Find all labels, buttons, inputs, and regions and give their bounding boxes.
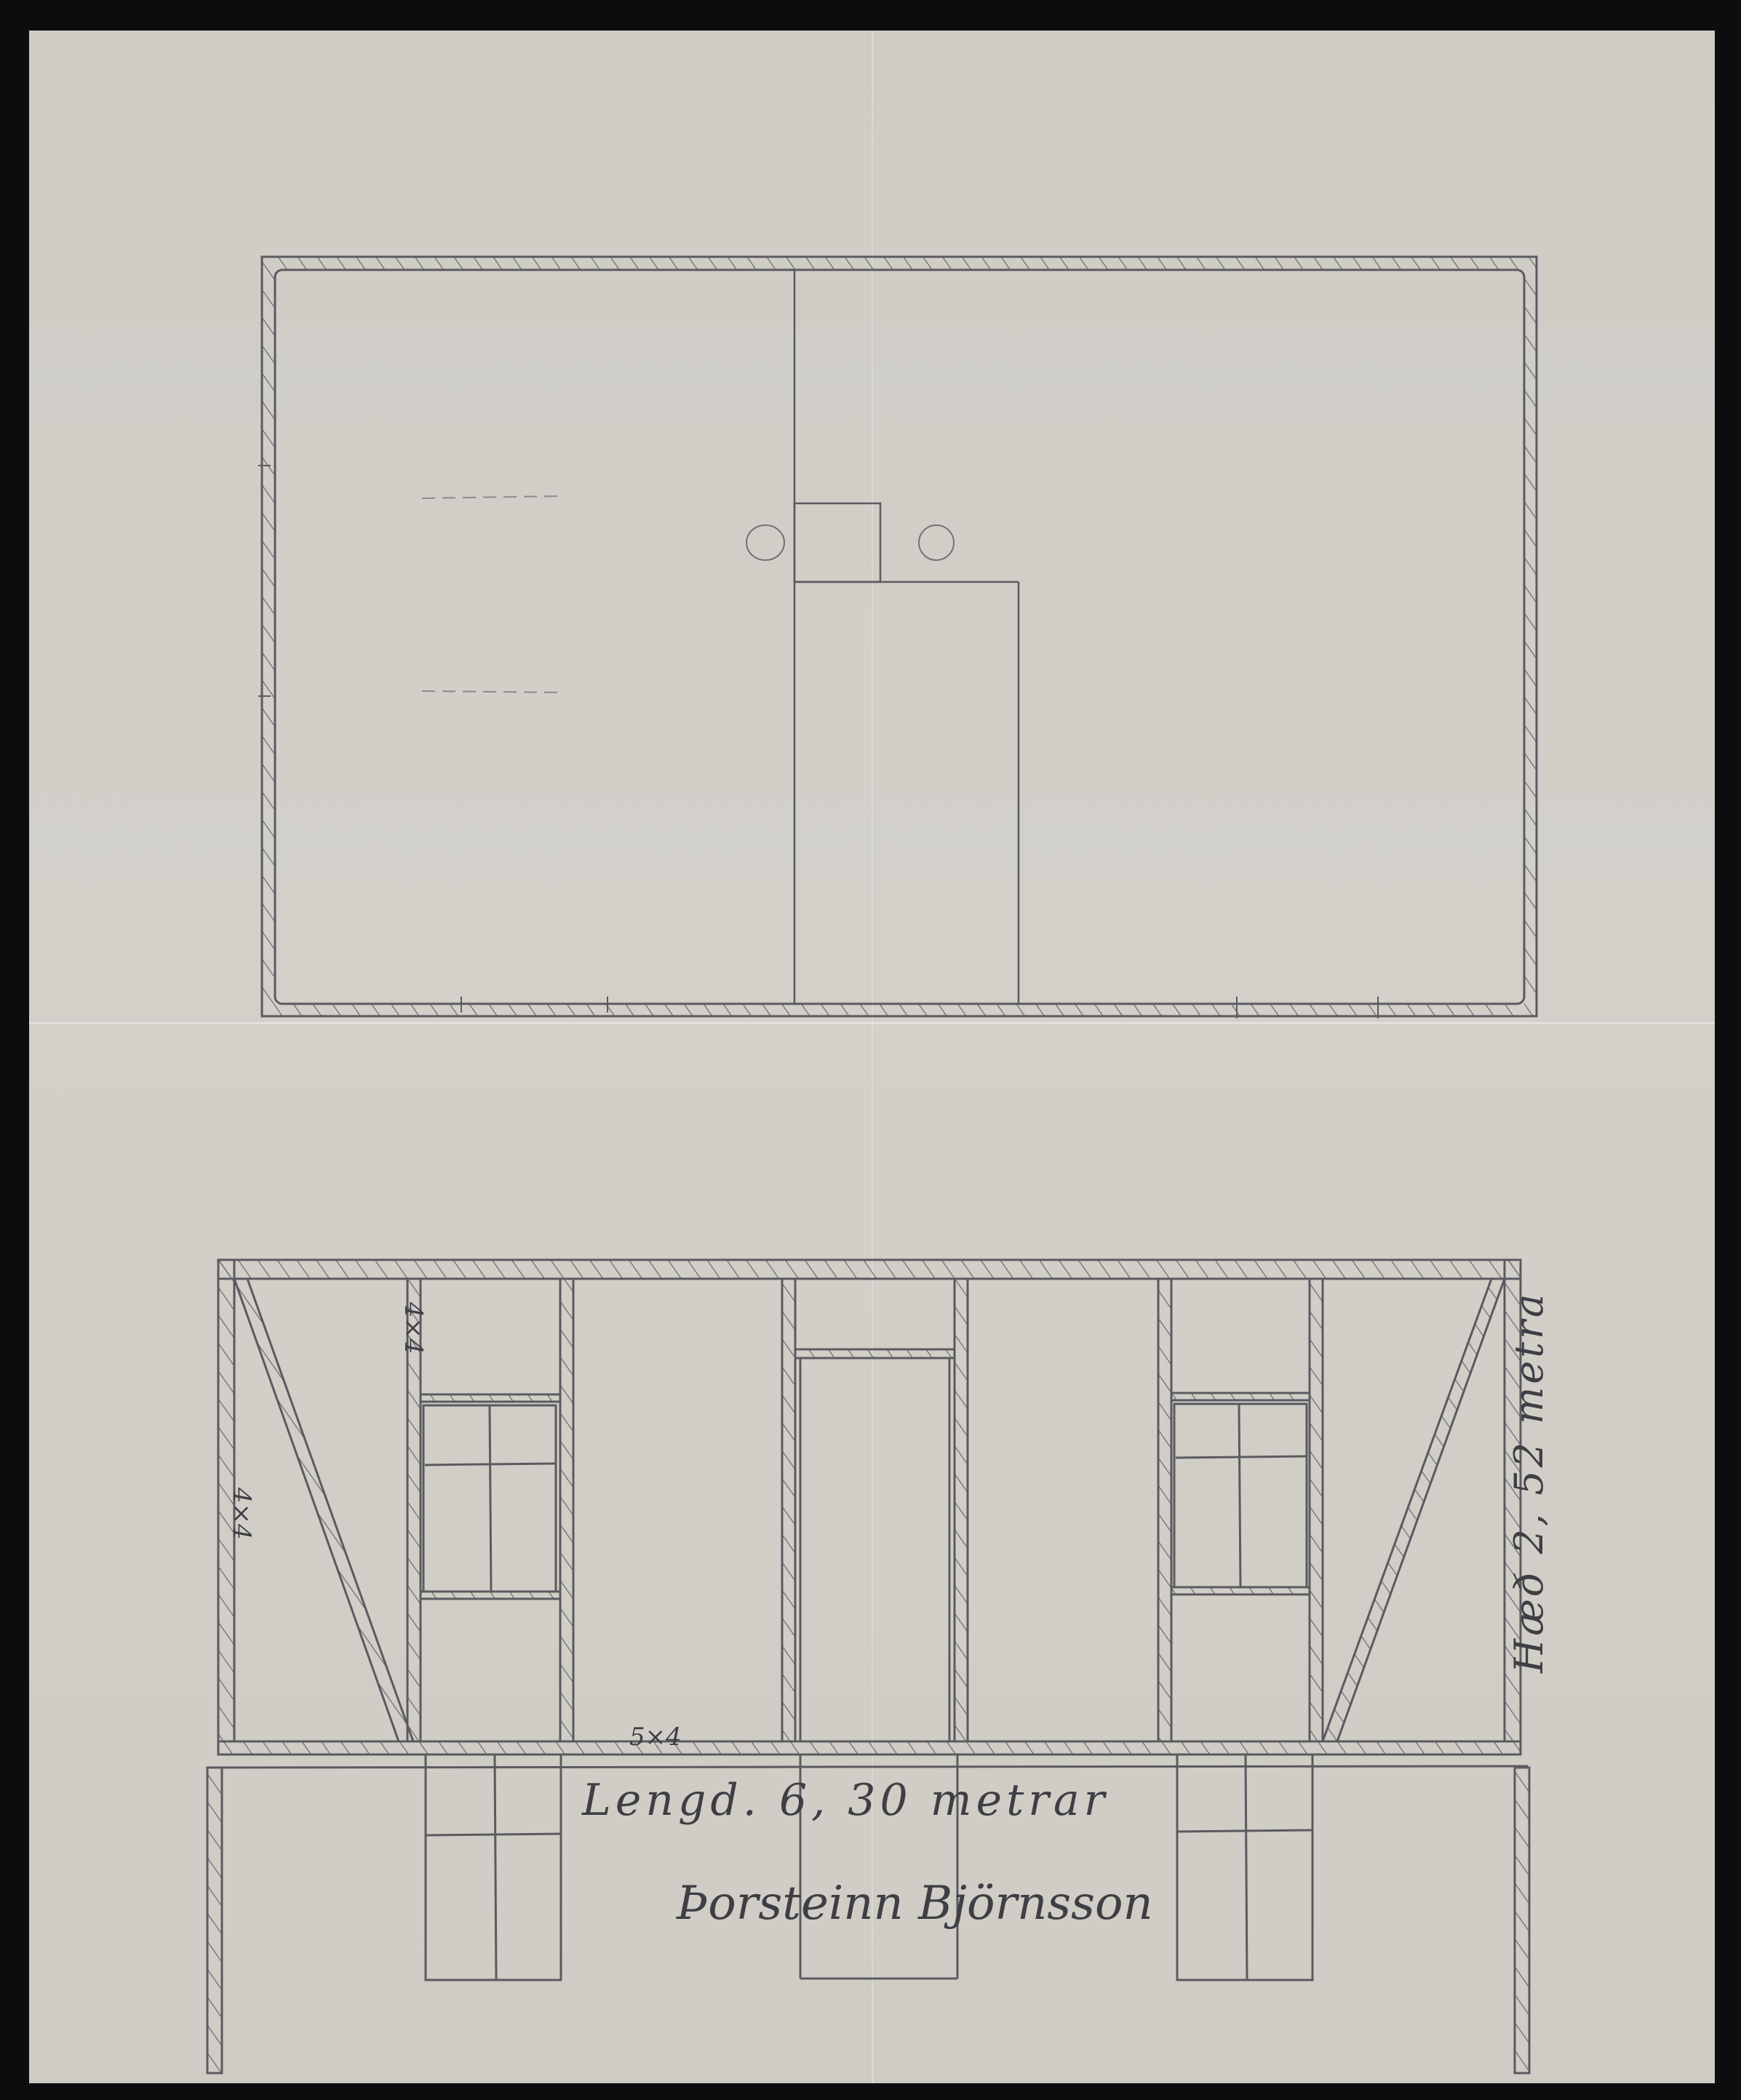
sill-dimension-label: 5×4: [629, 1722, 682, 1752]
wall-elevation: [207, 1260, 1529, 2073]
height-annotation: Hæð 2, 52 metra: [1506, 1291, 1552, 1673]
length-annotation: Lengd. 6, 30 metrar: [582, 1775, 1109, 1826]
stud-dimension-label: 4×4: [399, 1302, 428, 1354]
post-dimension-label: 4×4: [227, 1488, 256, 1540]
floor-plan: [258, 257, 1537, 1018]
signature: Þorsteinn Björnsson: [677, 1877, 1153, 1931]
